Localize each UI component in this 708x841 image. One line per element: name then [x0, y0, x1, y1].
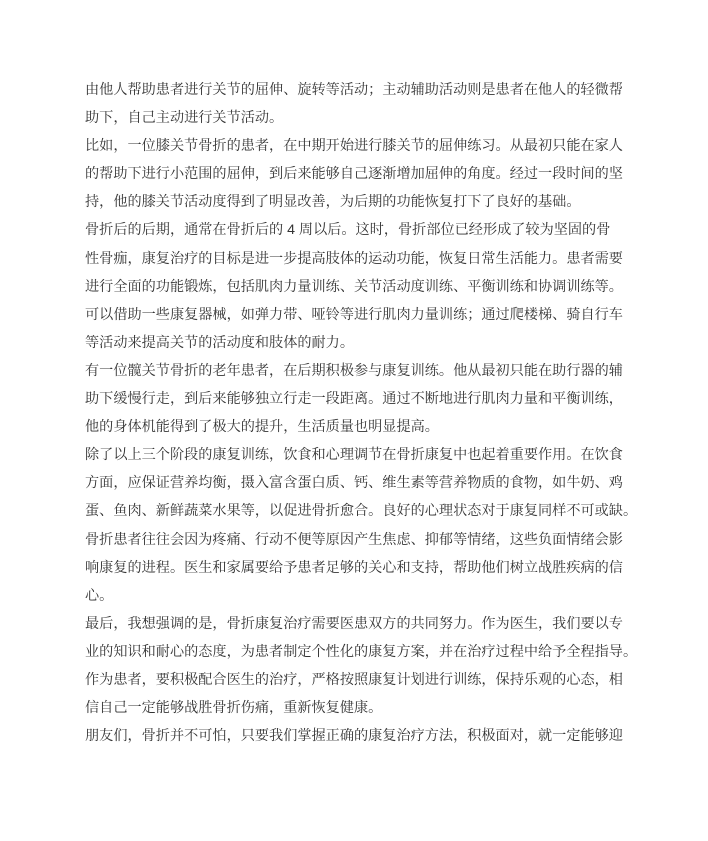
- text-line: 等活动来提高关节的活动度和肢体的耐力。: [85, 329, 623, 357]
- paragraph: 比如，一位膝关节骨折的患者，在中期开始进行膝关节的屈伸练习。从最初只能在家人 的…: [85, 132, 623, 216]
- text-line: 助下，自己主动进行关节活动。: [85, 104, 623, 132]
- text-line: 持，他的膝关节活动度得到了明显改善，为后期的功能恢复打下了良好的基础。: [85, 188, 623, 216]
- text-line: 他的身体机能得到了极大的提升，生活质量也明显提高。: [85, 413, 623, 441]
- paragraph: 骨折后的后期，通常在骨折后的 4 周以后。这时，骨折部位已经形成了较为坚固的骨 …: [85, 216, 623, 356]
- text-line: 助下缓慢行走，到后来能够独立行走一段距离。通过不断地进行肌肉力量和平衡训练，: [85, 385, 623, 413]
- text-line: 蛋、鱼肉、新鲜蔬菜水果等，以促进骨折愈合。良好的心理状态对于康复同样不可或缺。: [85, 497, 623, 525]
- text-line: 作为患者，要积极配合医生的治疗，严格按照康复计划进行训练，保持乐观的心态，相: [85, 666, 623, 694]
- text-line: 比如，一位膝关节骨折的患者，在中期开始进行膝关节的屈伸练习。从最初只能在家人: [85, 132, 623, 160]
- text-line: 进行全面的功能锻炼，包括肌肉力量训练、关节活动度训练、平衡训练和协调训练等。: [85, 273, 623, 301]
- text-line: 方面，应保证营养均衡，摄入富含蛋白质、钙、维生素等营养物质的食物，如牛奶、鸡: [85, 469, 623, 497]
- text-line: 由他人帮助患者进行关节的屈伸、旋转等活动；主动辅助活动则是患者在他人的轻微帮: [85, 76, 623, 104]
- text-line: 骨折后的后期，通常在骨折后的 4 周以后。这时，骨折部位已经形成了较为坚固的骨: [85, 216, 623, 244]
- text-line: 骨折患者往往会因为疼痛、行动不便等原因产生焦虑、抑郁等情绪，这些负面情绪会影: [85, 526, 623, 554]
- text-line: 心。: [85, 582, 623, 610]
- paragraph: 朋友们，骨折并不可怕，只要我们掌握正确的康复治疗方法，积极面对，就一定能够迎: [85, 722, 623, 750]
- text-line: 除了以上三个阶段的康复训练，饮食和心理调节在骨折康复中也起着重要作用。在饮食: [85, 441, 623, 469]
- text-line: 有一位髋关节骨折的老年患者，在后期积极参与康复训练。他从最初只能在助行器的辅: [85, 357, 623, 385]
- paragraph: 最后，我想强调的是，骨折康复治疗需要医患双方的共同努力。作为医生，我们要以专 业…: [85, 610, 623, 722]
- text-line: 业的知识和耐心的态度，为患者制定个性化的康复方案，并在治疗过程中给予全程指导。: [85, 638, 623, 666]
- text-line: 性骨痂，康复治疗的目标是进一步提高肢体的运动功能，恢复日常生活能力。患者需要: [85, 245, 623, 273]
- paragraph: 由他人帮助患者进行关节的屈伸、旋转等活动；主动辅助活动则是患者在他人的轻微帮 助…: [85, 76, 623, 132]
- text-line: 可以借助一些康复器械，如弹力带、哑铃等进行肌肉力量训练；通过爬楼梯、骑自行车: [85, 301, 623, 329]
- text-line: 响康复的进程。医生和家属要给予患者足够的关心和支持，帮助他们树立战胜疾病的信: [85, 554, 623, 582]
- paragraph: 除了以上三个阶段的康复训练，饮食和心理调节在骨折康复中也起着重要作用。在饮食 方…: [85, 441, 623, 610]
- text-line: 最后，我想强调的是，骨折康复治疗需要医患双方的共同努力。作为医生，我们要以专: [85, 610, 623, 638]
- document-page: 由他人帮助患者进行关节的屈伸、旋转等活动；主动辅助活动则是患者在他人的轻微帮 助…: [85, 76, 623, 750]
- text-line: 的帮助下进行小范围的屈伸，到后来能够自己逐渐增加屈伸的角度。经过一段时间的坚: [85, 160, 623, 188]
- paragraph: 有一位髋关节骨折的老年患者，在后期积极参与康复训练。他从最初只能在助行器的辅 助…: [85, 357, 623, 441]
- text-line: 朋友们，骨折并不可怕，只要我们掌握正确的康复治疗方法，积极面对，就一定能够迎: [85, 722, 623, 750]
- text-line: 信自己一定能够战胜骨折伤痛，重新恢复健康。: [85, 694, 623, 722]
